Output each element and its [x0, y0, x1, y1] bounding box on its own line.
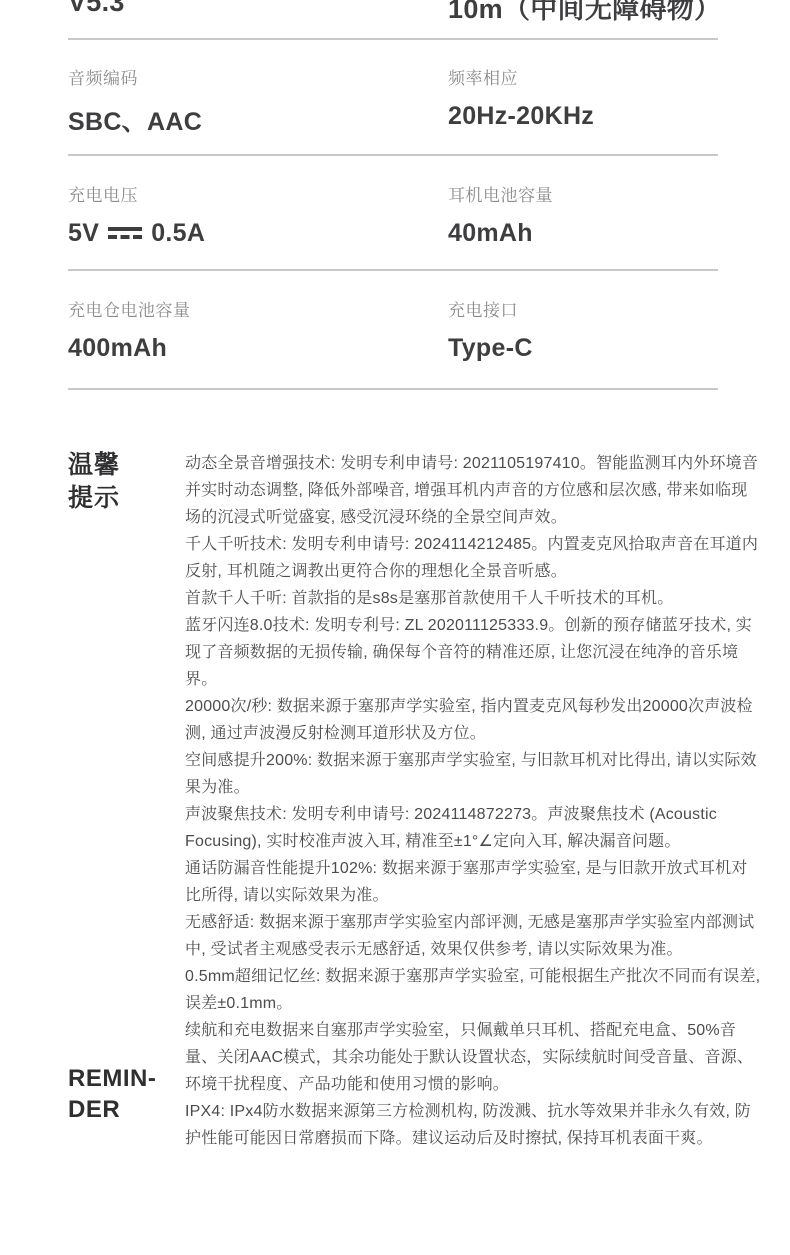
divider	[68, 38, 718, 40]
spec-value: Type-C	[448, 334, 533, 363]
reminder-note: 动态全景音增强技术: 发明专利申请号: 2021105197410。智能监测耳内…	[185, 450, 763, 531]
reminder-heading-line: DER	[68, 1094, 156, 1125]
reminder-note: 蓝牙闪连8.0技术: 发明专利号: ZL 202011125333.9。创新的预…	[185, 612, 763, 693]
spec-label: 充电接口	[448, 296, 533, 321]
spec-label: 充电电压	[68, 181, 205, 206]
divider	[68, 388, 718, 390]
spec-value: 40mAh	[448, 219, 553, 248]
reminder-note: 续航和充电数据来自塞那声学实验室，只佩戴单只耳机、搭配充电盒、50%音量、关闭A…	[185, 1017, 763, 1098]
spec-value: 400mAh	[68, 334, 191, 363]
spec-earbud-battery: 耳机电池容量 40mAh	[448, 181, 553, 248]
spec-audio-codec: 音频编码 SBC、AAC	[68, 64, 202, 138]
divider	[68, 154, 718, 156]
spec-case-battery: 充电仓电池容量 400mAh	[68, 296, 191, 363]
reminder-note: 声波聚焦技术: 发明专利申请号: 2024114872273。声波聚焦技术 (A…	[185, 801, 763, 855]
spec-charging-port: 充电接口 Type-C	[448, 296, 533, 363]
reminder-note: 无感舒适: 数据来源于塞那声学实验室内部评测, 无感是塞那声学实验室内部测试中,…	[185, 909, 763, 963]
reminder-note: 通话防漏音性能提升102%: 数据来源于塞那声学实验室, 是与旧款开放式耳机对比…	[185, 855, 763, 909]
voltage-suffix: 0.5A	[151, 219, 205, 247]
reminder-note: 0.5mm超细记忆丝: 数据来源于塞那声学实验室, 可能根据生产批次不同而有误差…	[185, 963, 763, 1017]
spec-label: 耳机电池容量	[448, 181, 553, 206]
reminder-heading-line: 温馨	[68, 449, 120, 482]
reminder-note: 首款千人千听: 首款指的是s8s是塞那首款使用千人千听技术的耳机。	[185, 585, 763, 612]
spec-charging-voltage: 充电电压 5V0.5A	[68, 181, 205, 248]
spec-label: 充电仓电池容量	[68, 296, 191, 321]
divider	[68, 269, 718, 271]
reminder-note-ipx4: IPX4: IPx4防水数据来源第三方检测机构, 防泼溅、抗水等效果并非永久有效…	[185, 1098, 763, 1152]
reminder-note: 空间感提升200%: 数据来源于塞那声学实验室, 与旧款耳机对比得出, 请以实际…	[185, 747, 763, 801]
reminder-heading-cn: 温馨 提示	[68, 449, 120, 515]
reminder-heading-en: REMIN- DER	[68, 1063, 156, 1125]
spec-value: SBC、AAC	[68, 102, 202, 138]
reminder-heading-line: 提示	[68, 482, 120, 515]
spec-value: 20Hz-20KHz	[448, 102, 594, 131]
spec-label: 音频编码	[68, 64, 202, 89]
spec-label: 频率相应	[448, 64, 594, 89]
transmission-range-value: 10m（中间无障碍物）	[448, 0, 721, 26]
reminder-note: 20000次/秒: 数据来源于塞那声学实验室, 指内置麦克风每秒发出20000次…	[185, 693, 763, 747]
dc-symbol-icon	[108, 227, 142, 239]
reminder-notes: 动态全景音增强技术: 发明专利申请号: 2021105197410。智能监测耳内…	[185, 450, 763, 1152]
spec-value: 5V0.5A	[68, 219, 205, 248]
spec-frequency-response: 频率相应 20Hz-20KHz	[448, 64, 594, 131]
bluetooth-version-value: V5.3	[68, 0, 125, 18]
reminder-heading-line: REMIN-	[68, 1063, 156, 1094]
reminder-note: 千人千听技术: 发明专利申请号: 2024114212485。内置麦克风拾取声音…	[185, 531, 763, 585]
voltage-prefix: 5V	[68, 219, 99, 247]
